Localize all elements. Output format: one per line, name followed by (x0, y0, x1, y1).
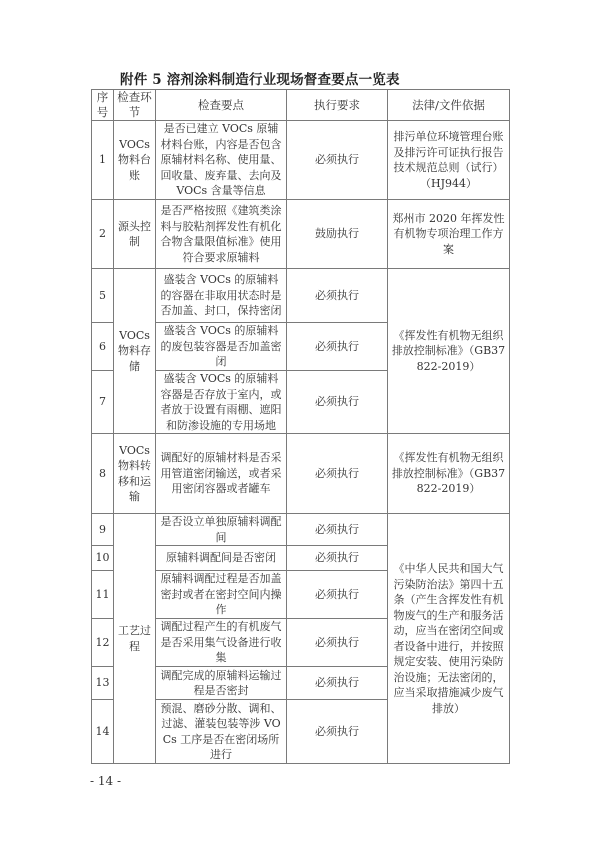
row-no: 14 (92, 700, 114, 764)
point-cell: 调配完成的原辅料运输过程是否密封 (156, 667, 287, 700)
header-stage: 检查环节 (114, 90, 156, 121)
stage-cell: 源头控制 (114, 200, 156, 269)
basis-cell: 《中华人民共和国大气污染防治法》第四十五条（产生含挥发性有机物废气的生产和服务活… (388, 514, 510, 764)
point-cell: 调配过程产生的有机废气是否采用集气设备进行收集 (156, 619, 287, 667)
row-no: 8 (92, 434, 114, 514)
point-cell: 盛装含 VOCs 的原辅料的容器在非取用状态时是否加盖、封口，保持密闭 (156, 269, 287, 323)
point-cell: 盛装含 VOCs 的原辅料容器是否存放于室内，或者放于设置有雨棚、遮阳和防渗设施… (156, 371, 287, 434)
requirement-cell: 必须执行 (287, 269, 388, 323)
header-requirement: 执行要求 (287, 90, 388, 121)
requirement-cell: 鼓励执行 (287, 200, 388, 269)
point-cell: 盛装含 VOCs 的原辅料的废包装容器是否加盖密闭 (156, 323, 287, 371)
stage-cell: 工艺过程 (114, 514, 156, 764)
row-no: 10 (92, 546, 114, 571)
basis-cell: 排污单位环境管理台账及排污许可证执行报告技术规范总则（试行）（HJ944） (388, 121, 510, 200)
point-cell: 原辅料调配过程是否加盖密封或者在密封空间内操作 (156, 571, 287, 619)
table-row: 5 VOCs物料存储 盛装含 VOCs 的原辅料的容器在非取用状态时是否加盖、封… (92, 269, 510, 323)
point-cell: 是否已建立 VOCs 原辅材料台账，内容是否包含原辅材料名称、使用量、回收量、废… (156, 121, 287, 200)
row-no: 13 (92, 667, 114, 700)
row-no: 9 (92, 514, 114, 546)
table-row: 2 源头控制 是否严格按照《建筑类涂料与胶粘剂挥发性有机化合物含量限值标准》使用… (92, 200, 510, 269)
point-cell: 是否设立单独原辅料调配间 (156, 514, 287, 546)
requirement-cell: 必须执行 (287, 371, 388, 434)
requirement-cell: 必须执行 (287, 434, 388, 514)
point-cell: 调配好的原辅材料是否采用管道密闭输送，或者采用密闭容器或者罐车 (156, 434, 287, 514)
requirement-cell: 必须执行 (287, 700, 388, 764)
stage-cell: VOCs物料台账 (114, 121, 156, 200)
page-number: - 14 - (90, 774, 121, 788)
row-no: 2 (92, 200, 114, 269)
basis-cell: 《挥发性有机物无组织排放控制标准》（GB37822-2019） (388, 269, 510, 434)
row-no: 5 (92, 269, 114, 323)
row-no: 6 (92, 323, 114, 371)
header-basis: 法律/文件依据 (388, 90, 510, 121)
table-header-row: 序号 检查环节 检查要点 执行要求 法律/文件依据 (92, 90, 510, 121)
point-cell: 原辅料调配间是否密闭 (156, 546, 287, 571)
row-no: 1 (92, 121, 114, 200)
row-no: 7 (92, 371, 114, 434)
basis-cell: 《挥发性有机物无组织排放控制标准》（GB37822-2019） (388, 434, 510, 514)
requirement-cell: 必须执行 (287, 514, 388, 546)
requirement-cell: 必须执行 (287, 323, 388, 371)
point-cell: 预混、磨砂分散、调和、过滤、灌装包装等涉 VOCs 工序是否在密闭场所进行 (156, 700, 287, 764)
row-no: 12 (92, 619, 114, 667)
header-point: 检查要点 (156, 90, 287, 121)
header-no: 序号 (92, 90, 114, 121)
requirement-cell: 必须执行 (287, 546, 388, 571)
stage-cell: VOCs物料存储 (114, 269, 156, 434)
stage-cell: VOCs物料转移和运输 (114, 434, 156, 514)
document-title: 附件 5 溶剂涂料制造行业现场督查要点一览表 (120, 68, 400, 88)
requirement-cell: 必须执行 (287, 121, 388, 200)
point-cell: 是否严格按照《建筑类涂料与胶粘剂挥发性有机化合物含量限值标准》使用符合要求原辅料 (156, 200, 287, 269)
table-row: 8 VOCs物料转移和运输 调配好的原辅材料是否采用管道密闭输送，或者采用密闭容… (92, 434, 510, 514)
requirement-cell: 必须执行 (287, 667, 388, 700)
table-row: 9 工艺过程 是否设立单独原辅料调配间 必须执行 《中华人民共和国大气污染防治法… (92, 514, 510, 546)
row-no: 11 (92, 571, 114, 619)
requirement-cell: 必须执行 (287, 571, 388, 619)
inspection-table: 序号 检查环节 检查要点 执行要求 法律/文件依据 1 VOCs物料台账 是否已… (91, 89, 510, 764)
table-row: 1 VOCs物料台账 是否已建立 VOCs 原辅材料台账，内容是否包含原辅材料名… (92, 121, 510, 200)
basis-cell: 郑州市 2020 年挥发性有机物专项治理工作方案 (388, 200, 510, 269)
requirement-cell: 必须执行 (287, 619, 388, 667)
